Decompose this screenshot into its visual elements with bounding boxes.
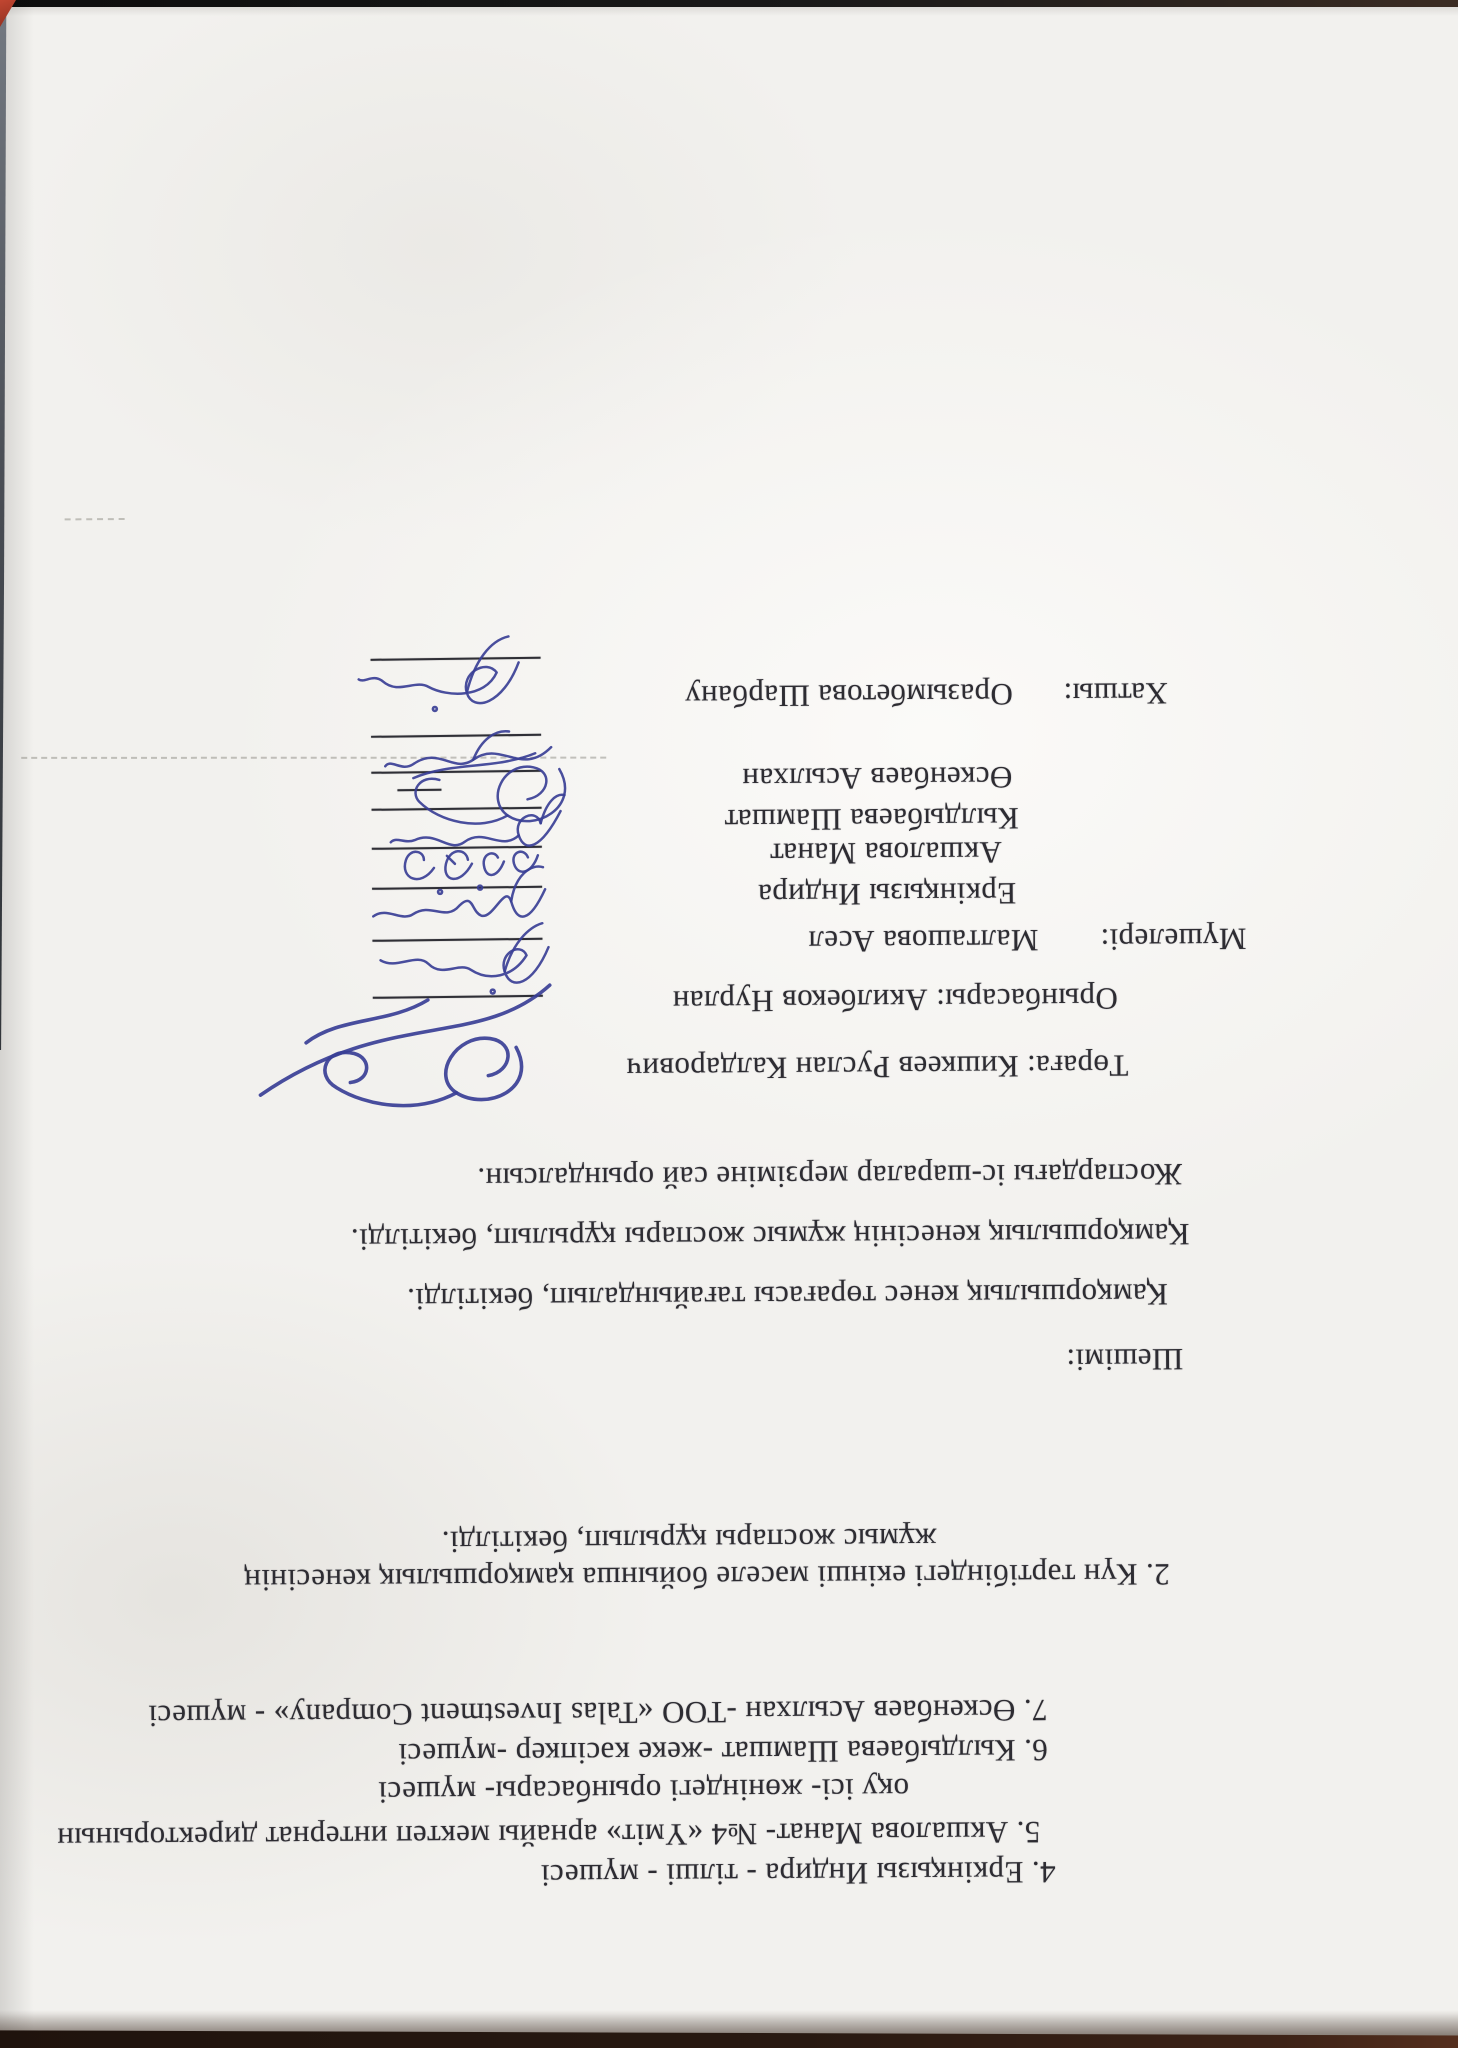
decision-point-2: Қамқоршылық кенесінің жұмыс жоспары құры… bbox=[350, 1217, 1189, 1257]
agenda-item-6: 6. Кылдыбаева Шамшат -жеке кәсіпкер -мүш… bbox=[398, 1733, 1048, 1771]
decision-heading: Шешімі: bbox=[1066, 1342, 1183, 1377]
deputy-label: Орынбасары: bbox=[936, 981, 1118, 1017]
table-edge-top bbox=[0, 0, 1458, 7]
decision-point-3: Жоспардағы іс-шаралар мерзіміне сай орын… bbox=[477, 1157, 1182, 1196]
agenda-item-7: 7. Өскенбаев Асылхан -ТОО «Talas Investm… bbox=[148, 1693, 1048, 1733]
member-name-1: Малташова Асел bbox=[808, 923, 1039, 959]
agenda-item-5: 5. Акшалова Манат- №4 «Үміт» арнайы мект… bbox=[57, 1815, 1041, 1856]
members-label: Мүшелері: bbox=[1100, 922, 1246, 957]
deputy-name: Акилбеков Нурлан bbox=[672, 983, 927, 1020]
member-name-4: Кылдыбаева Шамшат bbox=[724, 801, 1019, 837]
decision-point-1: Қамқоршылық кенес төрағасы тағайындалып,… bbox=[407, 1277, 1168, 1316]
chairman-row: Төраға: Кишкеев Руслан Калдарович bbox=[626, 1048, 1128, 1085]
page-content-upside-down: 4. Еркінқызы Индира - тілші - мүшесі 5. … bbox=[0, 0, 1458, 2048]
deputy-row: Орынбасары: Акилбеков Нурлан bbox=[672, 981, 1118, 1018]
member-name-2: Еркінқызы Индира bbox=[758, 876, 1017, 912]
secretary-name: Оразымбетова Шарбану bbox=[685, 677, 1013, 713]
signature-secretary-ink bbox=[355, 629, 531, 725]
secretary-label: Хатшы: bbox=[1063, 676, 1168, 711]
agenda-item-5-cont: оқу ісі- жөніндегі орынбасары- мүшесі bbox=[378, 1772, 909, 1810]
document-photo: 4. Еркінқызы Индира - тілші - мүшесі 5. … bbox=[0, 0, 1458, 2048]
chairman-name: Кишкеев Руслан Калдарович bbox=[626, 1049, 1019, 1087]
chairman-label: Төраға: bbox=[1027, 1048, 1129, 1084]
member-name-5: Өскенбаев Асылхан bbox=[742, 760, 1013, 796]
member-name-3: Акшалова Манат bbox=[770, 835, 1002, 871]
agenda-item-2-cont: жұмыс жоспары құрылып, бекітілді. bbox=[441, 1522, 936, 1559]
agenda-item-4: 4. Еркінқызы Индира - тілші - мүшесі bbox=[540, 1855, 1055, 1892]
paper-crease-small bbox=[65, 518, 125, 520]
agenda-item-2: 2. Күн тәртібіндегі екінші мәселе бойынш… bbox=[244, 1557, 1170, 1597]
